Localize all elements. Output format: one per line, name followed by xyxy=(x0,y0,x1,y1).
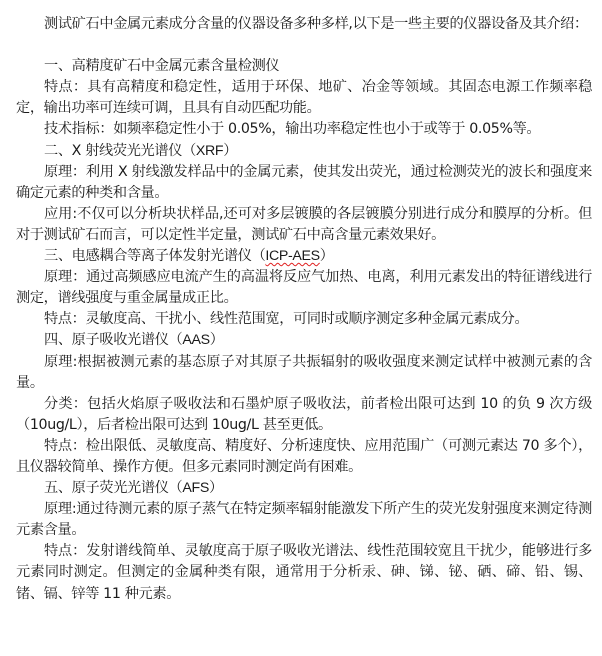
heading-prefix: 三、电感耦合等离子体发射光谱仪（ xyxy=(44,248,265,264)
section-3-features: 特点：灵敏度高、干扰小、线性范围宽，可同时或顺序测定多种金属元素成分。 xyxy=(16,309,592,330)
heading-abbr: AFS xyxy=(182,480,209,496)
heading-prefix: 四、原子吸收光谱仪（ xyxy=(44,332,182,348)
section-1-specs: 技术指标：如频率稳定性小于 0.05%，输出功率稳定性也小于或等于 0.05%等… xyxy=(16,119,592,140)
section-4-principle: 原理:根据被测元素的基态原子对其原子共振辐射的吸收强度来测定试样中被测元素的含量… xyxy=(16,352,592,394)
section-4-heading: 四、原子吸收光谱仪（AAS） xyxy=(16,330,592,351)
heading-abbr: XRF xyxy=(196,143,223,159)
section-5-features: 特点：发射谱线简单、灵敏度高于原子吸收光谱法、线性范围较宽且干扰少，能够进行多元… xyxy=(16,541,592,604)
section-4-classification: 分类：包括火焰原子吸收法和石墨炉原子吸收法，前者检出限可达到 10 的负 9 次… xyxy=(16,394,592,436)
section-5-principle: 原理:通过待测元素的原子蒸气在特定频率辐射能激发下所产生的荧光发射强度来测定待测… xyxy=(16,499,592,541)
heading-prefix: 二、X 射线荧光光谱仪（ xyxy=(44,143,196,159)
section-2-heading: 二、X 射线荧光光谱仪（XRF） xyxy=(16,141,592,162)
section-3-heading: 三、电感耦合等离子体发射光谱仪（ICP-AES） xyxy=(16,246,592,267)
heading-suffix: ） xyxy=(209,480,223,496)
document-body: 测试矿石中金属元素成分含量的仪器设备多种多样,以下是一些主要的仪器设备及其介绍：… xyxy=(16,14,592,605)
section-1-features: 特点：具有高精度和稳定性，适用于环保、地矿、冶金等领域。其固态电源工作频率稳定，… xyxy=(16,77,592,119)
section-5-heading: 五、原子荧光光谱仪（AFS） xyxy=(16,478,592,499)
section-4-features: 特点：检出限低、灵敏度高、精度好、分析速度快、应用范围广（可测元素达 70 多个… xyxy=(16,436,592,478)
heading-suffix: ） xyxy=(320,248,334,264)
heading-abbr: AAS xyxy=(182,332,209,348)
blank-line xyxy=(16,35,592,56)
heading-abbr-spellcheck: ICP-AES xyxy=(265,248,319,264)
section-2-principle: 原理：利用 X 射线激发样品中的金属元素，使其发出荧光，通过检测荧光的波长和强度… xyxy=(16,162,592,204)
heading-suffix: ） xyxy=(210,332,224,348)
intro-paragraph: 测试矿石中金属元素成分含量的仪器设备多种多样,以下是一些主要的仪器设备及其介绍： xyxy=(16,14,592,35)
heading-prefix: 五、原子荧光光谱仪（ xyxy=(44,480,182,496)
heading-suffix: ） xyxy=(223,143,237,159)
section-1-heading: 一、高精度矿石中金属元素含量检测仪 xyxy=(16,56,592,77)
section-3-principle: 原理：通过高频感应电流产生的高温将反应气加热、电离，利用元素发出的特征谱线进行测… xyxy=(16,267,592,309)
section-2-application: 应用:不仅可以分析块状样品,还可对多层镀膜的各层镀膜分别进行成分和膜厚的分析。但… xyxy=(16,204,592,246)
